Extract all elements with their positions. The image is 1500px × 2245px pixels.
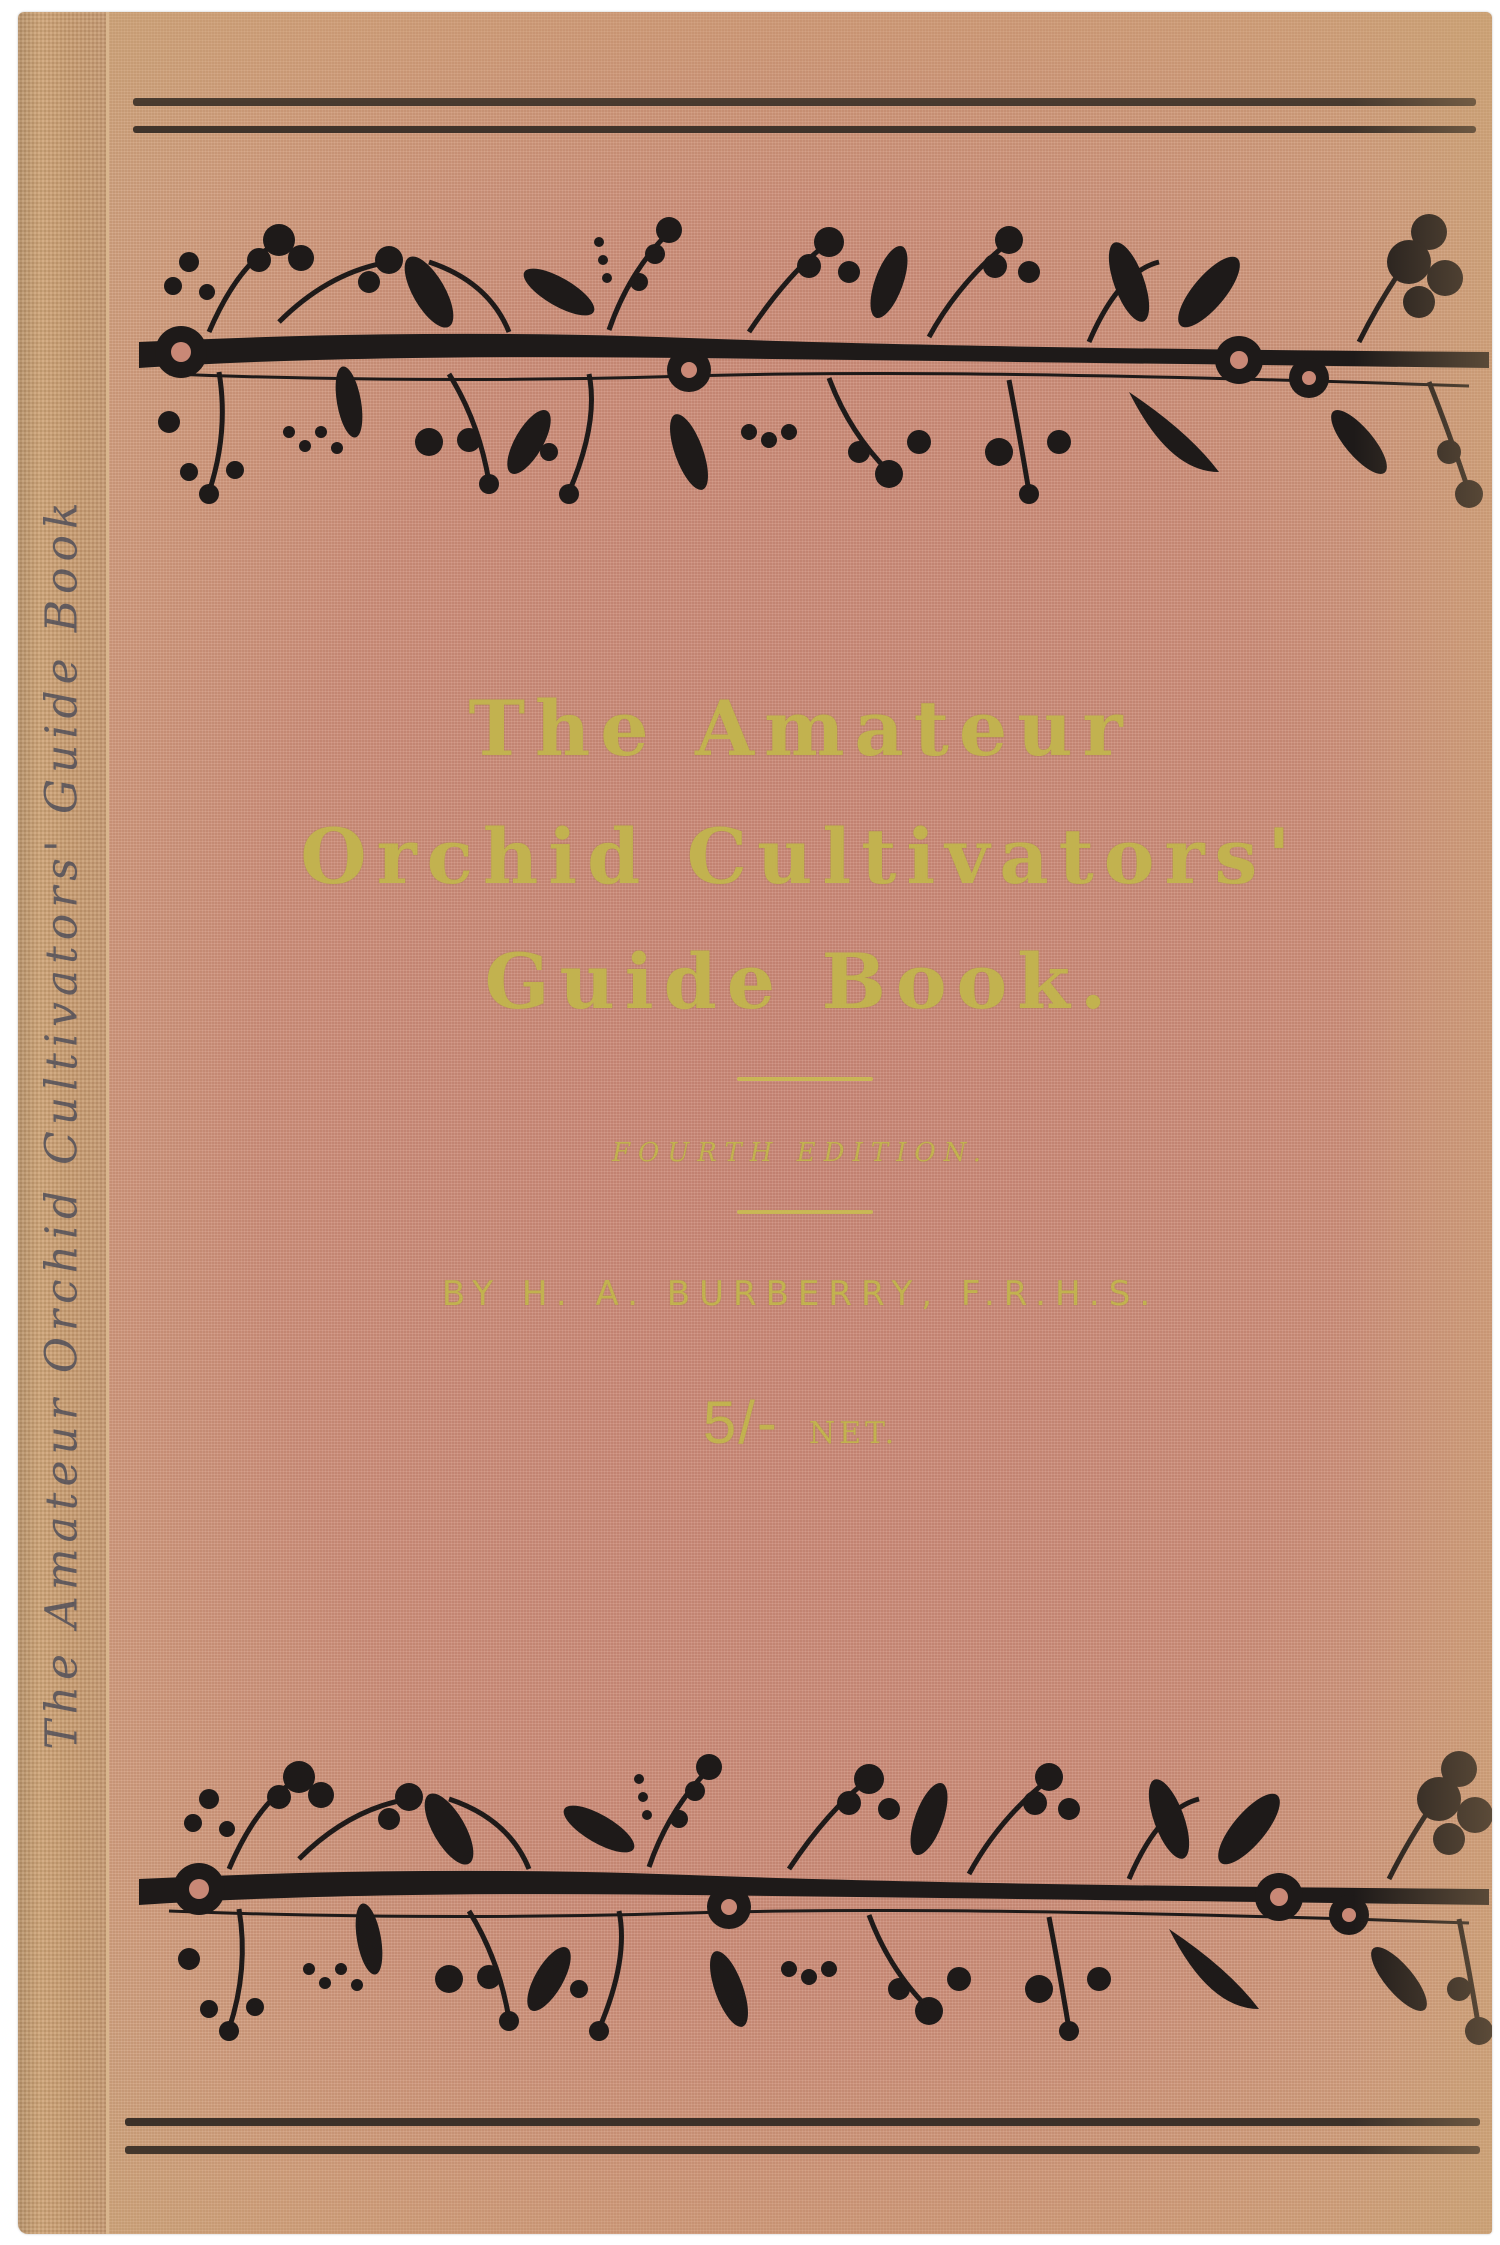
edition-label: FOURTH EDITION. <box>109 1138 1492 1168</box>
price-suffix: NET. <box>809 1416 898 1451</box>
gold-rule-upper <box>737 1077 873 1081</box>
bottom-rule-lower <box>125 2146 1480 2154</box>
title-line-2: Orchid Cultivators' <box>109 812 1492 901</box>
bottom-rule-upper <box>125 2118 1480 2126</box>
book-spine: The Amateur Orchid Cultivators' Guide Bo… <box>18 12 109 2234</box>
price-amount: 5/- <box>703 1389 779 1456</box>
spine-title: The Amateur Orchid Cultivators' Guide Bo… <box>37 496 88 1749</box>
gold-rule-lower <box>737 1210 873 1214</box>
front-cover: The Amateur Orchid Cultivators' Guide Bo… <box>109 12 1492 2234</box>
price-line: 5/-NET. <box>109 1388 1492 1457</box>
top-rule-lower <box>133 126 1476 133</box>
floral-vine-bottom-icon <box>129 1734 1492 2054</box>
title-line-3: Guide Book. <box>109 937 1492 1026</box>
title-line-1: The Amateur <box>109 684 1492 773</box>
floral-vine-top-icon <box>129 202 1492 512</box>
book-cover-photo: The Amateur Orchid Cultivators' Guide Bo… <box>18 12 1492 2234</box>
author-line: BY H. A. BURBERRY, F.R.H.S. <box>109 1274 1492 1314</box>
top-rule-upper <box>133 98 1476 106</box>
